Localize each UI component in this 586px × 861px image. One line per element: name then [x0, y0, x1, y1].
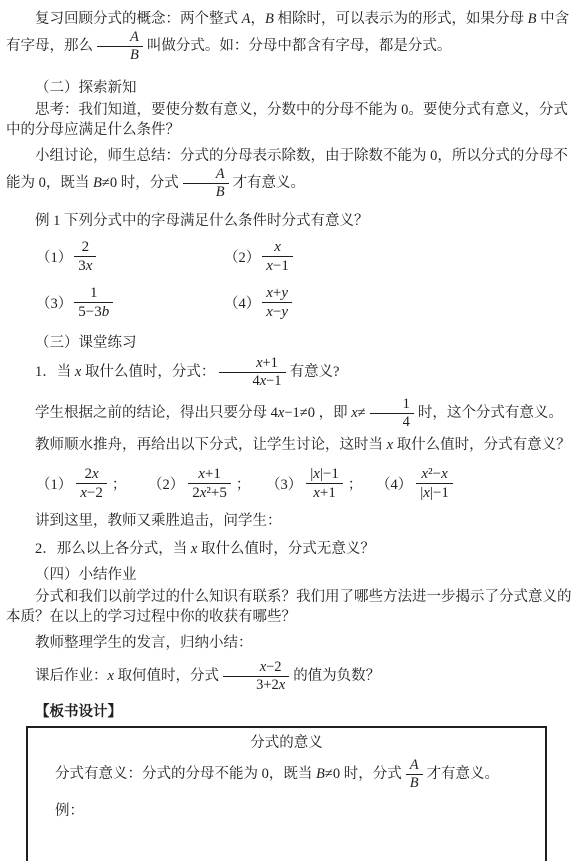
- board-content-line: 分式有意义：分式的分母不能为 0，既当 B≠0 时，分式AB才有意义。: [55, 757, 535, 792]
- fraction-denominator: 2x²+5: [188, 484, 231, 502]
- fraction-denominator: 4: [370, 414, 414, 431]
- fraction-denominator: |x|−1: [416, 484, 453, 502]
- fraction-denominator: 5−3b: [74, 303, 113, 321]
- lesson-plan-page: 复习回顾分式的概念：两个整式 A，B 相除时，可以表示为的形式，如果分母 B 中…: [0, 0, 586, 861]
- fraction-numerator: A: [183, 166, 229, 184]
- fraction: |x|−1x+1: [306, 465, 343, 502]
- review-text-after: 叫做分式。如：分母中都含有字母，都是分式。: [147, 38, 452, 54]
- board-example-label: 例：: [55, 801, 545, 821]
- paragraph-teacher-summary: 教师整理学生的发言，归纳小结：: [6, 633, 580, 653]
- fraction-denominator: B: [97, 47, 143, 64]
- example1-row-1: （1）23x （2）xx−1: [36, 235, 580, 277]
- fraction-denominator: B: [406, 775, 423, 792]
- fraction-denominator: x−1: [262, 257, 293, 275]
- fraction: 2xx−2: [76, 465, 107, 502]
- fraction-denominator: B: [183, 184, 229, 201]
- conclusion-text-after: 时，这个分式有意义。: [418, 405, 563, 421]
- item-label: （1）: [36, 473, 72, 494]
- item-label: （2）: [148, 473, 184, 494]
- paragraph-follow-up: 讲到这里，教师又乘胜追击，问学生：: [6, 511, 580, 531]
- fraction: x−23+2x: [223, 659, 289, 694]
- item-label: （2）: [224, 246, 260, 267]
- fraction-a-over-b: AB: [406, 757, 423, 792]
- example1-item-3: （3）15−3b: [36, 284, 224, 321]
- practice-item-2: （2）x+12x²+5；: [148, 465, 266, 502]
- paragraph-summary: 分式和我们以前学过的什么知识有联系？我们用了哪些方法进一步揭示了分式意义的本质？…: [6, 587, 580, 627]
- fraction: x+12x²+5: [188, 465, 231, 502]
- fraction-numerator: 2x: [76, 465, 107, 484]
- fraction-numerator: x+y: [262, 284, 292, 303]
- item-label: （4）: [224, 292, 260, 313]
- fraction: xx−1: [262, 238, 293, 275]
- fraction-numerator: A: [406, 757, 423, 775]
- paragraph-homework: 课后作业：x 取何值时，分式x−23+2x的值为负数？: [6, 659, 580, 694]
- fraction-a-over-b: AB: [183, 166, 229, 201]
- board-text-after: 才有意义。: [427, 766, 500, 782]
- example1-heading: 例 1 下列分式中的字母满足什么条件时分式有意义？: [6, 211, 580, 231]
- fraction-numerator: x: [262, 238, 293, 257]
- practice-question-1: 1．当 x 取什么值时，分式：x+14x−1有意义?: [6, 355, 580, 390]
- fraction-numerator: 1: [370, 396, 414, 414]
- fraction-denominator: x−y: [262, 303, 292, 321]
- example1-row-2: （3）15−3b （4）x+yx−y: [36, 281, 580, 323]
- fraction-numerator: 2: [74, 238, 96, 257]
- fraction-numerator: x+1: [188, 465, 231, 484]
- homework-text-before: 课后作业：x 取何值时，分式: [35, 668, 219, 684]
- fraction-denominator: x−2: [76, 484, 107, 502]
- fraction-numerator: x−2: [223, 659, 289, 677]
- fraction-numerator: 1: [74, 284, 113, 303]
- section-heading-explore: （二）探索新知: [6, 78, 580, 98]
- separator: ；: [236, 473, 251, 494]
- paragraph-conclusion: 学生根据之前的结论，得出只要分母 4x−1≠0 ，即 x≠14时，这个分式有意义…: [6, 396, 580, 431]
- conclusion-text-before: 学生根据之前的结论，得出只要分母 4x−1≠0 ，即 x≠: [35, 405, 366, 421]
- item-label: （1）: [36, 246, 72, 267]
- homework-text-after: 的值为负数？: [293, 668, 380, 684]
- fraction-a-over-b: AB: [97, 29, 143, 64]
- practice-question-2: 2．那么以上各分式，当 x 取什么值时，分式无意义？: [6, 539, 580, 559]
- fraction: x+14x−1: [219, 355, 285, 390]
- example1-item-2: （2）xx−1: [224, 238, 412, 275]
- paragraph-think: 思考：我们知道，要使分数有意义，分数中的分母不能为 0。要使分式有意义，分式中的…: [6, 100, 580, 140]
- fraction-numerator: x²−x: [416, 465, 453, 484]
- fraction: 15−3b: [74, 284, 113, 321]
- discuss-text-after: 才有意义。: [233, 175, 306, 191]
- item-label: （3）: [266, 473, 302, 494]
- board-design-box: 分式的意义 分式有意义：分式的分母不能为 0，既当 B≠0 时，分式AB才有意义…: [26, 726, 547, 861]
- fraction: x²−x|x|−1: [416, 465, 453, 502]
- fraction: x+yx−y: [262, 284, 292, 321]
- item-label: （4）: [376, 473, 412, 494]
- fraction: 14: [370, 396, 414, 431]
- section-heading-summary: （四）小结作业: [6, 565, 580, 585]
- example1-item-4: （4）x+yx−y: [224, 284, 412, 321]
- fraction-denominator: 3x: [74, 257, 96, 275]
- board-design-label: 【板书设计】: [6, 702, 580, 722]
- fraction-numerator: |x|−1: [306, 465, 343, 484]
- practice-item-1: （1）2xx−2；: [36, 465, 148, 502]
- example1-item-1: （1）23x: [36, 238, 224, 275]
- paragraph-teacher: 教师顺水推舟，再给出以下分式，让学生讨论，这时当 x 取什么值时，分式有意义？: [6, 435, 580, 455]
- board-title: 分式的意义: [28, 733, 545, 753]
- practice-item-3: （3）|x|−1x+1；: [266, 465, 376, 502]
- q1-text-before: 1．当 x 取什么值时，分式：: [35, 364, 215, 380]
- fraction-numerator: A: [97, 29, 143, 47]
- practice-item-4: （4）x²−x|x|−1: [376, 465, 458, 502]
- fraction: 23x: [74, 238, 96, 275]
- q1-text-after: 有意义?: [290, 364, 340, 380]
- separator: ；: [112, 473, 127, 494]
- board-text-before: 分式有意义：分式的分母不能为 0，既当 B≠0 时，分式: [55, 766, 402, 782]
- paragraph-discuss: 小组讨论，师生总结：分式的分母表示除数，由于除数不能为 0，所以分式的分母不能为…: [6, 146, 580, 201]
- item-label: （3）: [36, 292, 72, 313]
- fraction-numerator: x+1: [219, 355, 285, 373]
- fraction-denominator: x+1: [306, 484, 343, 502]
- practice-fraction-row: （1）2xx−2； （2）x+12x²+5； （3）|x|−1x+1； （4）x…: [36, 459, 580, 507]
- paragraph-review: 复习回顾分式的概念：两个整式 A，B 相除时，可以表示为的形式，如果分母 B 中…: [6, 9, 580, 64]
- separator: ；: [348, 473, 363, 494]
- section-heading-practice: （三）课堂练习: [6, 333, 580, 353]
- fraction-denominator: 4x−1: [219, 373, 285, 390]
- fraction-denominator: 3+2x: [223, 677, 289, 694]
